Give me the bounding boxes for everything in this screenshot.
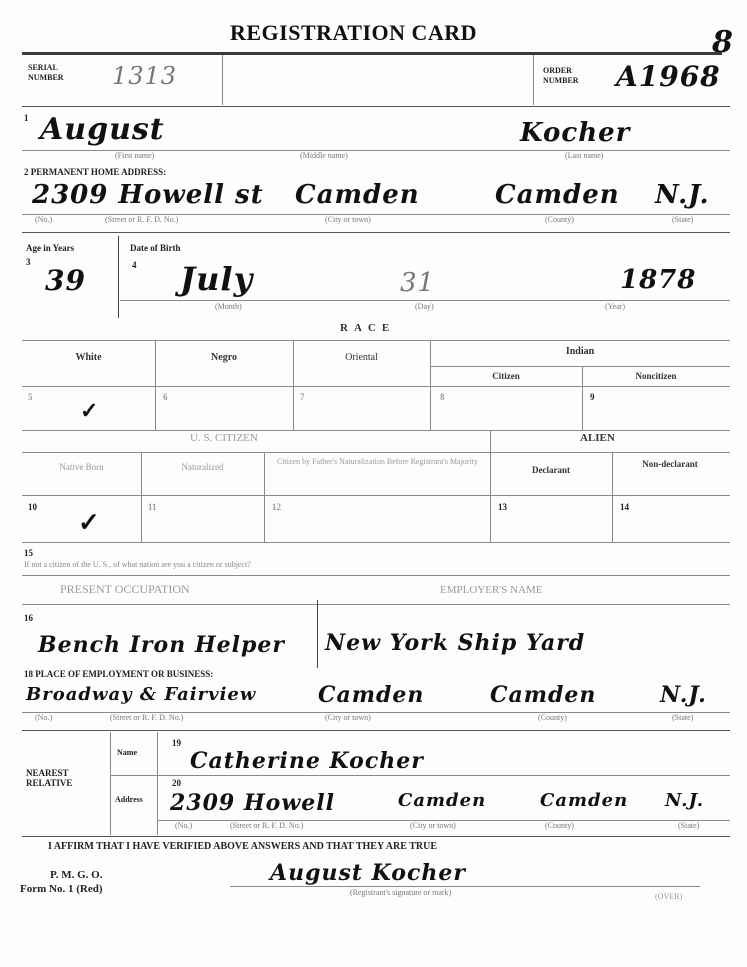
relative-name-label: Name (117, 748, 137, 758)
citizen-field-10: 10 (28, 502, 37, 512)
affirmation-text: I AFFIRM THAT I HAVE VERIFIED ABOVE ANSW… (48, 842, 437, 852)
serial-number-label: SERIAL NUMBER (28, 63, 76, 83)
divider (612, 452, 613, 542)
first-name-caption: (First name) (115, 151, 154, 160)
divider (22, 604, 730, 605)
relative-address-state: N.J. (665, 790, 704, 811)
field-number: 1 (24, 113, 29, 123)
divider (22, 836, 730, 837)
relative-address-label: Address (115, 795, 143, 805)
divider (22, 232, 730, 233)
relative-caption-no: (No.) (175, 821, 192, 830)
address-caption-street: (Street or R. F. D. No.) (105, 215, 178, 224)
relative-address-field-number: 20 (172, 778, 181, 788)
last-name-value: Kocher (520, 118, 630, 148)
employment-caption-street: (Street or R. F. D. No.) (110, 713, 183, 722)
divider (22, 452, 730, 453)
age-value: 39 (45, 264, 86, 297)
divider (22, 730, 730, 731)
race-field-6: 6 (163, 392, 168, 402)
birth-year-value: 1878 (620, 265, 696, 295)
citizen-field-13: 13 (498, 502, 507, 512)
nation-field-number: 15 (24, 548, 33, 558)
divider (22, 340, 730, 341)
place-of-employment-label: 18 PLACE OF EMPLOYMENT OR BUSINESS: (24, 669, 213, 679)
divider (264, 452, 265, 542)
place-of-employment-county: Camden (490, 682, 596, 708)
place-of-employment-street: Broadway & Fairview (26, 684, 256, 705)
employment-caption-state: (State) (672, 713, 693, 722)
divider (533, 55, 534, 105)
divider (22, 52, 722, 55)
card-title: REGISTRATION CARD (230, 20, 477, 46)
divider (230, 886, 700, 887)
citizen-field-12: 12 (272, 502, 281, 512)
registrant-signature: August Kocher (270, 860, 466, 886)
over-label: (OVER) (655, 892, 682, 901)
relative-caption-street: (Street or R. F. D. No.) (230, 821, 303, 830)
employment-caption-county: (County) (538, 713, 567, 722)
race-indian-label: Indian (430, 346, 730, 357)
declarant-label: Declarant (490, 465, 612, 475)
occupation-label: PRESENT OCCUPATION (60, 582, 190, 597)
divider (22, 386, 730, 387)
home-address-state: N.J. (655, 180, 710, 210)
divider (110, 732, 111, 835)
divider (110, 775, 730, 776)
divider (317, 600, 318, 668)
relative-name-field-number: 19 (172, 738, 181, 748)
age-field-number: 3 (26, 257, 31, 267)
race-indian-citizen-label: Citizen (430, 371, 582, 381)
serial-number-value: 1313 (112, 62, 177, 90)
race-negro-label: Negro (155, 352, 293, 363)
place-of-employment-state: N.J. (660, 682, 707, 708)
birth-field-number: 4 (132, 260, 137, 270)
age-label: Age in Years (26, 243, 74, 253)
relative-name-value: Catherine Kocher (190, 748, 424, 774)
birth-day-value: 31 (400, 268, 435, 298)
signature-caption: (Registrant's signature or mark) (350, 888, 451, 897)
race-field-8: 8 (440, 392, 445, 402)
divider (490, 430, 491, 542)
home-address-city: Camden (295, 180, 420, 210)
birth-day-caption: (Day) (415, 302, 434, 311)
divider (430, 366, 730, 367)
native-born-label: Native Born (22, 462, 141, 472)
occupation-field-number: 16 (24, 613, 33, 623)
divider (22, 542, 730, 543)
divider (118, 236, 119, 318)
nation-question: If not a citizen of the U. S., of what n… (24, 560, 251, 569)
place-of-employment-city: Camden (318, 682, 424, 708)
form-id-line1: P. M. G. O. (50, 870, 102, 880)
form-id-line2: Form No. 1 (Red) (20, 884, 102, 894)
address-caption-no: (No.) (35, 215, 52, 224)
alien-title: ALIEN (580, 432, 615, 444)
citizen-by-father-label: Citizen by Father's Naturalization Befor… (270, 456, 485, 467)
order-number-label: ORDER NUMBER (543, 66, 605, 86)
race-indian-noncitizen-label: Noncitizen (582, 371, 730, 381)
divider (22, 495, 730, 496)
home-address-street: 2309 Howell st (32, 180, 264, 210)
non-declarant-label: Non-declarant (625, 458, 715, 470)
divider (22, 106, 730, 107)
native-born-checkbox[interactable]: ✓ (78, 508, 100, 538)
relative-caption-county: (County) (545, 821, 574, 830)
citizen-field-11: 11 (148, 502, 157, 512)
race-white-label: White (22, 352, 155, 363)
divider (222, 55, 223, 105)
race-field-9: 9 (590, 392, 595, 402)
nearest-relative-label: NEAREST RELATIVE (26, 768, 106, 788)
naturalized-label: Naturalized (141, 462, 264, 472)
address-caption-city: (City or town) (325, 215, 371, 224)
employer-value: New York Ship Yard (325, 630, 585, 656)
middle-name-caption: (Middle name) (300, 151, 348, 160)
citizen-field-14: 14 (620, 502, 629, 512)
us-citizen-title: U. S. CITIZEN (190, 432, 258, 444)
race-field-5: 5 (28, 392, 33, 402)
race-oriental-label: Oriental (293, 352, 430, 363)
home-address-county: Camden (495, 180, 620, 210)
birth-month-value: July (180, 260, 253, 298)
divider (22, 430, 730, 431)
race-white-checkbox[interactable]: ✓ (80, 398, 98, 424)
last-name-caption: (Last name) (565, 151, 603, 160)
birth-month-caption: (Month) (215, 302, 242, 311)
employment-caption-city: (City or town) (325, 713, 371, 722)
relative-address-county: Camden (540, 790, 628, 811)
first-name-value: August (40, 112, 165, 147)
birth-year-caption: (Year) (605, 302, 625, 311)
relative-caption-state: (State) (678, 821, 699, 830)
relative-address-street: 2309 Howell (170, 790, 335, 816)
relative-caption-city: (City or town) (410, 821, 456, 830)
employment-caption-no: (No.) (35, 713, 52, 722)
divider (120, 300, 730, 301)
divider (22, 575, 730, 576)
birth-date-label: Date of Birth (130, 243, 181, 253)
relative-address-city: Camden (398, 790, 486, 811)
occupation-value: Bench Iron Helper (38, 632, 285, 658)
address-caption-county: (County) (545, 215, 574, 224)
address-caption-state: (State) (672, 215, 693, 224)
race-field-7: 7 (300, 392, 305, 402)
race-title: RACE (340, 322, 395, 334)
employer-label: EMPLOYER'S NAME (440, 584, 543, 596)
home-address-label: 2 PERMANENT HOME ADDRESS: (24, 167, 166, 177)
order-number-value: A1968 (616, 60, 721, 93)
